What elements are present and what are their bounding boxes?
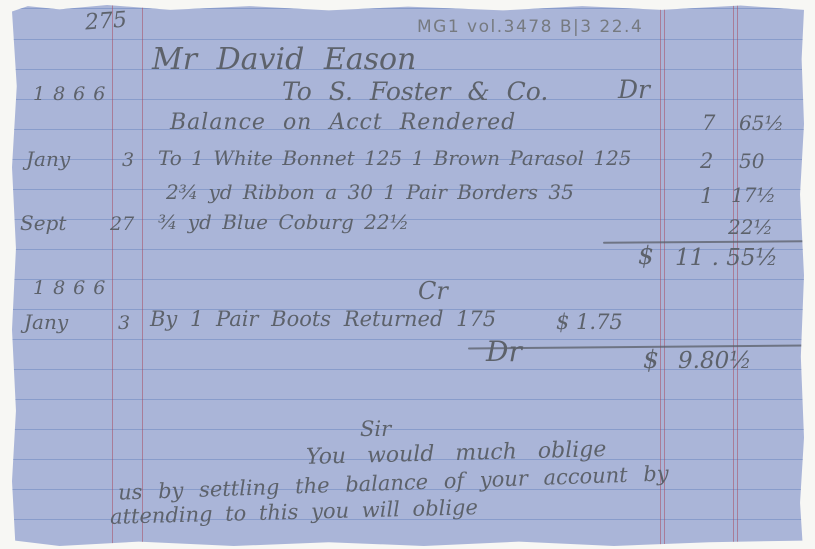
balance-dr-label: Dr <box>486 338 522 366</box>
debit-row-desc: 2¾ yd Ribbon a 30 1 Pair Borders 35 <box>166 182 574 202</box>
note-salutation: Sir <box>360 419 391 440</box>
debit-row-cents: 65½ <box>739 113 784 133</box>
debit-row-day: 27 <box>110 215 134 234</box>
addressee-line: Mr David Eason <box>152 45 416 75</box>
debit-row-desc: To 1 White Bonnet 125 1 Brown Parasol 12… <box>158 148 632 168</box>
credit-row-amount: $ 1.75 <box>556 312 623 333</box>
credit-row-month: Jany <box>24 312 68 332</box>
debit-year: 1866 <box>33 85 113 104</box>
debit-heading-dr: Dr <box>618 77 650 102</box>
debit-row-day: 3 <box>122 151 134 170</box>
debit-total-amount: 11 . 55½ <box>675 247 778 270</box>
ledger-rule-cents-a <box>733 5 734 546</box>
ledger-rule-cents-b <box>737 5 738 546</box>
archival-reference: MG1 vol.3478 B|3 22.4 <box>417 17 643 37</box>
debit-row-cents: 50 <box>739 151 764 171</box>
balance-amount: 9.80½ <box>678 350 752 373</box>
debit-row-desc: Balance on Acct Rendered <box>170 112 516 134</box>
credit-heading-cr: Cr <box>418 279 448 303</box>
debit-row-month: Jany <box>26 149 70 169</box>
debit-row-cents: 22½ <box>728 217 773 237</box>
credit-year: 1866 <box>33 279 113 298</box>
debit-row-dollars: 7 <box>702 113 715 134</box>
debit-row-cents: 17½ <box>731 185 776 205</box>
credit-row-day: 3 <box>118 314 130 333</box>
ledger-paper: 275 MG1 vol.3478 B|3 22.4 Mr David Eason… <box>12 5 804 546</box>
debit-row-dollars: 1 <box>700 186 713 207</box>
page-number: 275 <box>84 10 127 35</box>
debit-row-month: Sept <box>20 213 66 233</box>
debit-row-dollars: 2 <box>700 151 713 172</box>
firm-line: To S. Foster & Co. <box>282 79 548 104</box>
debit-row-desc: ¾ yd Blue Coburg 22½ <box>158 212 409 232</box>
ledger-rule-date-right <box>142 5 143 546</box>
credit-row-desc: By 1 Pair Boots Returned 175 <box>150 309 496 330</box>
debit-total-currency: $ <box>638 243 654 268</box>
scanned-document: 275 MG1 vol.3478 B|3 22.4 Mr David Eason… <box>0 0 815 549</box>
balance-currency: $ <box>643 347 659 372</box>
